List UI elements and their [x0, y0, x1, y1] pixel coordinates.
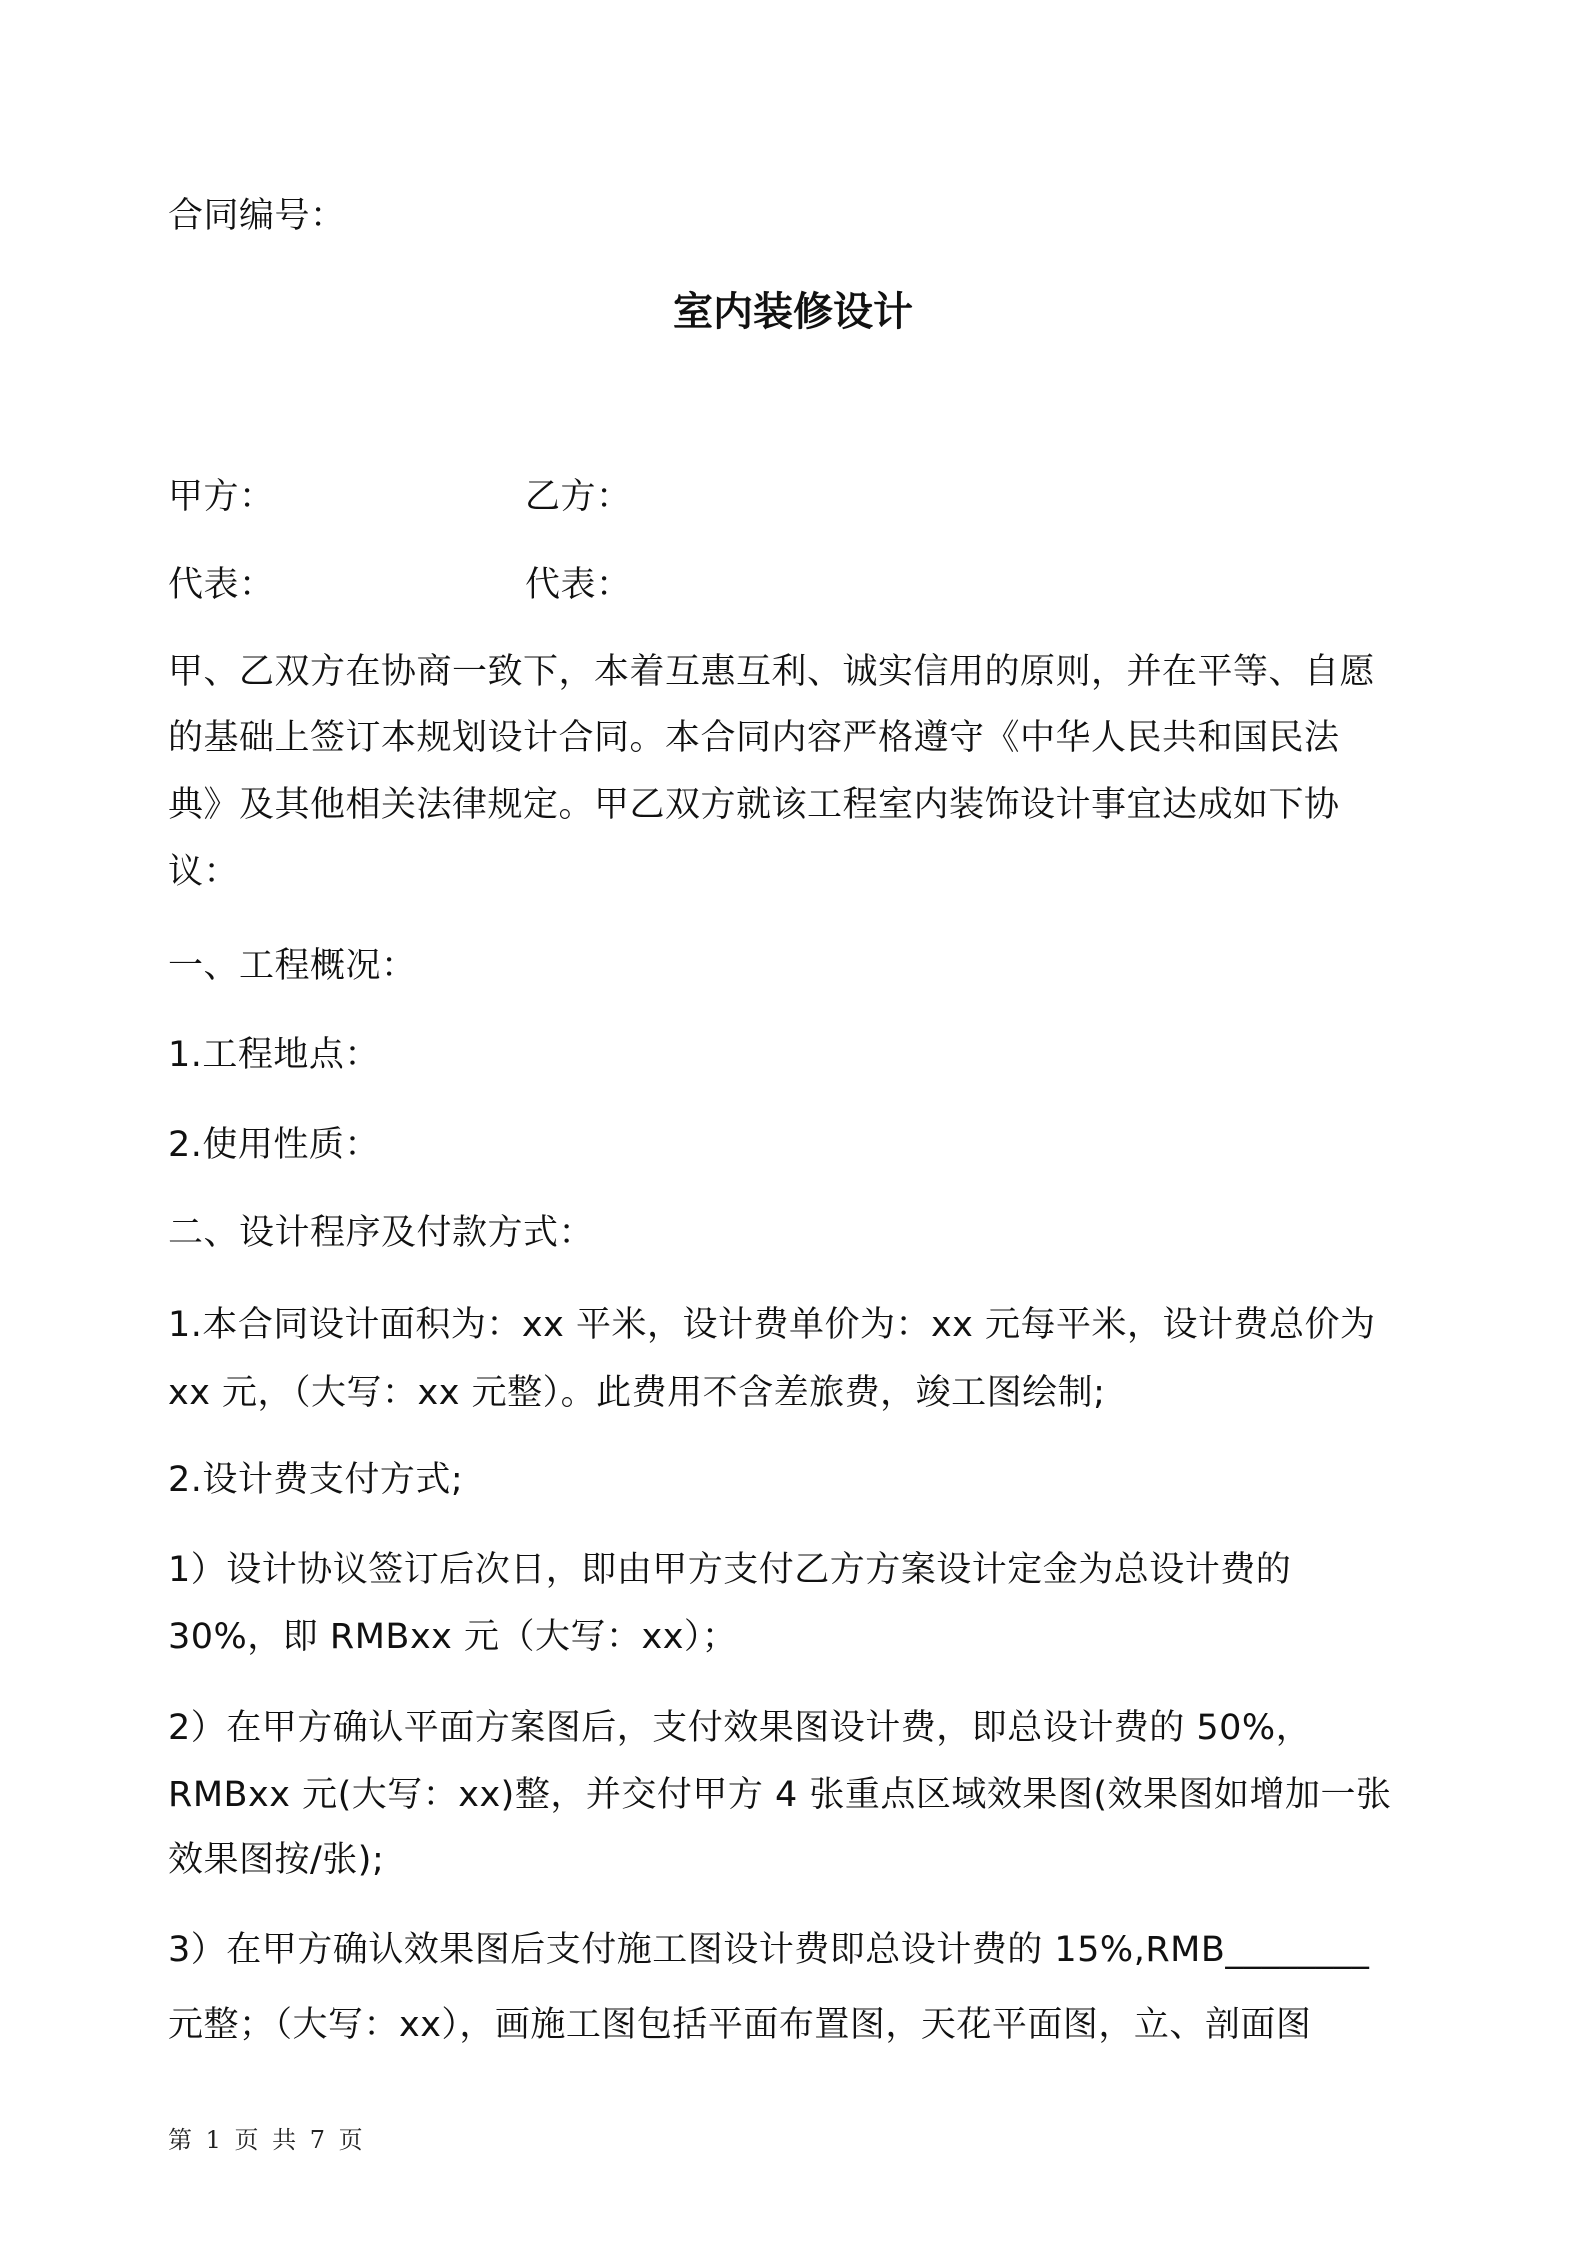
document-title: 室内装修设计 — [0, 287, 1586, 337]
section2-heading: 二、设计程序及付款方式： — [168, 1211, 594, 1255]
payment-sub1-line: 1）设计协议签订后次日，即由甲方支付乙方方案设计定金为总设计费的 — [168, 1548, 1291, 1592]
payment-sub2-line: RMBxx 元(大写：xx)整，并交付甲方 4 张重点区域效果图(效果图如增加一… — [168, 1773, 1392, 1817]
rep-a-label: 代表： — [168, 563, 275, 607]
section2-item1-line: xx 元，（大写：xx 元整）。此费用不含差旅费，竣工图绘制; — [168, 1371, 1105, 1415]
party-a-label: 甲方： — [168, 475, 275, 519]
section1-item: 1.工程地点： — [168, 1033, 380, 1077]
payment-sub2-line: 2）在甲方确认平面方案图后，支付效果图设计费，即总设计费的 50%， — [168, 1706, 1311, 1750]
contract-number-label: 合同编号： — [168, 194, 346, 238]
section2-item1-line: 1.本合同设计面积为：xx 平米，设计费单价为：xx 元每平米，设计费总价为 — [168, 1303, 1376, 1347]
payment-sub3-line: 3）在甲方确认效果图后支付施工图设计费即总设计费的 15%,RMB_______… — [168, 1928, 1369, 1972]
rep-b-label: 代表： — [525, 563, 632, 607]
section2-item2: 2.设计费支付方式; — [168, 1458, 463, 1502]
intro-line: 议： — [168, 850, 239, 894]
intro-line: 典》及其他相关法律规定。甲乙双方就该工程室内装饰设计事宜达成如下协 — [168, 783, 1340, 827]
section1-heading: 一、工程概况： — [168, 944, 417, 988]
party-b-label: 乙方： — [525, 475, 632, 519]
page-number-footer: 第 1 页 共 7 页 — [168, 2120, 363, 2155]
intro-line: 甲、乙双方在协商一致下，本着互惠互利、诚实信用的原则，并在平等、自愿 — [168, 650, 1375, 694]
payment-sub2-line: 效果图按/张); — [168, 1838, 384, 1882]
payment-sub1-line: 30%，即 RMBxx 元（大写：xx）； — [168, 1615, 737, 1659]
section1-item: 2.使用性质： — [168, 1123, 380, 1167]
payment-sub3-line: 元整；（大写：xx），画施工图包括平面布置图，天花平面图，立、剖面图 — [168, 2003, 1311, 2047]
intro-line: 的基础上签订本规划设计合同。本合同内容严格遵守《中华人民共和国民法 — [168, 716, 1340, 760]
